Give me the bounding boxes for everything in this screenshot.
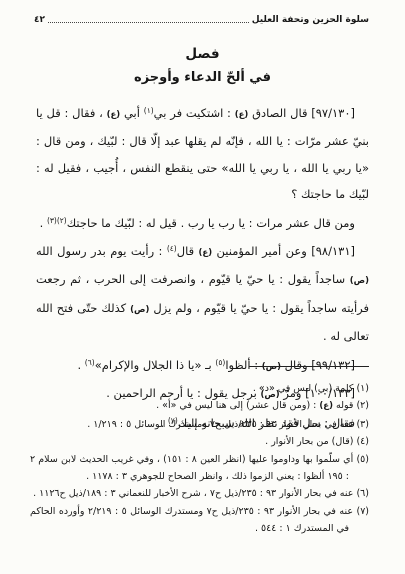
text-run: : (ومن قال عشر) إلى هنا ليس في «أ» . bbox=[156, 400, 319, 411]
footnote-separator bbox=[249, 366, 369, 367]
text-run: [٩٨/١٣١] وعن أمير المؤمنين bbox=[212, 244, 355, 258]
footnote-ref: (٤) bbox=[167, 244, 177, 253]
honorific-symbol: (ع) bbox=[235, 110, 249, 120]
footnote-marker: (٤) bbox=[353, 436, 369, 447]
footnote-marker: (٥) bbox=[353, 454, 369, 465]
footnote-ref: (٢)(٣) bbox=[47, 216, 67, 225]
running-title: سلوة الحزين وتحفة العليل bbox=[252, 14, 371, 26]
text-run: (قال) من بحار الأنوار . bbox=[265, 436, 353, 447]
text-run: ، فقال : قل يا بنيّ عشر مرّات : يا الله … bbox=[36, 106, 369, 201]
honorific-symbol: (ع) bbox=[319, 401, 333, 411]
footnote-marker: (٧) bbox=[353, 506, 369, 517]
text-run: : اشتكيت فر بي bbox=[154, 106, 235, 120]
body-paragraph: [٩٧/١٣٠] قال الصادق (ع) : اشتكيت فر بي(١… bbox=[36, 98, 369, 208]
footnote: (١) كلمة (بي) ليس في «د» . bbox=[30, 380, 369, 397]
footnote-marker: (٦) bbox=[353, 488, 369, 499]
body-paragraph: [٩٩/١٣٢] وقال (ص) : ألظوا(٥) بـ «يا ذا ا… bbox=[36, 350, 369, 380]
footnote-marker: (٢) bbox=[353, 400, 369, 411]
footnote: (٢) قوله (ع) : (ومن قال عشر) إلى هنا ليس… bbox=[30, 397, 369, 415]
text-run: [٩٧/١٣٠] قال الصادق bbox=[248, 106, 355, 120]
honorific-symbol: (ص) bbox=[130, 305, 149, 315]
footnote: (٥) أي سلّموا بها وداوموا عليها (انظر ال… bbox=[30, 451, 369, 486]
footnote: (٤) (قال) من بحار الأنوار . bbox=[30, 433, 369, 450]
section-heading-block: فصل في ألحّ الدعاء وأوجزه bbox=[0, 44, 405, 90]
running-header: سلوة الحزين وتحفة العليل ٤٢ bbox=[34, 14, 371, 26]
footnote-marker: (٣) bbox=[353, 419, 369, 430]
text-run: قال bbox=[177, 244, 199, 258]
text-run: عنه في بحار الأنوار ٩٣ : ٢٣٥/ذيل ح٧ ومست… bbox=[87, 419, 353, 430]
footnote-ref: (٥) bbox=[215, 358, 225, 367]
text-run: [٩٩/١٣٢] وقال bbox=[281, 358, 355, 372]
footnote-marker: (١) bbox=[353, 383, 369, 394]
footnote-ref: (١) bbox=[144, 106, 154, 115]
body-paragraph: ومن قال عشر مرات : يا رب يا رب . قيل له … bbox=[36, 208, 369, 236]
chapter-heading: فصل bbox=[0, 44, 405, 64]
text-run: عنه في بحار الأنوار ٩٣ : ٢٣٥/ذيل ح٧ ، شر… bbox=[33, 488, 353, 499]
footnote: (٧) عنه في بحار الأنوار ٩٣ : ٢٣٥/ذيل ح٧ … bbox=[30, 503, 369, 538]
page-number: ٤٢ bbox=[34, 14, 45, 26]
footnotes-list: (١) كلمة (بي) ليس في «د» .(٢) قوله (ع) :… bbox=[30, 380, 369, 538]
text-run: . bbox=[77, 358, 84, 372]
section-title: في ألحّ الدعاء وأوجزه bbox=[0, 66, 405, 90]
honorific-symbol: (ع) bbox=[107, 110, 121, 120]
text-run: كلمة (بي) ليس في «د» . bbox=[253, 383, 354, 394]
text-run: : رأيت يوم بدر رسول الله bbox=[36, 244, 167, 258]
text-run: بـ «يا ذا الجلال والإكرام» bbox=[95, 358, 216, 372]
honorific-symbol: (ص) bbox=[350, 276, 369, 286]
dotted-leader bbox=[48, 14, 249, 23]
text-run: قوله bbox=[333, 400, 353, 411]
honorific-symbol: (ع) bbox=[199, 248, 213, 258]
text-run: : ألظوا bbox=[225, 358, 261, 372]
text-run: . bbox=[40, 216, 47, 230]
text-run: أبي bbox=[120, 106, 144, 120]
text-run: عنه في بحار الأنوار ٩٣ : ٢٣٥/ذيل ح٧ ومست… bbox=[30, 506, 353, 534]
body-paragraph: [٩٨/١٣١] وعن أمير المؤمنين (ع) قال(٤) : … bbox=[36, 236, 369, 350]
text-run: أي سلّموا بها وداوموا عليها (انظر العين … bbox=[30, 454, 353, 482]
footnote-ref: (٦) bbox=[85, 358, 95, 367]
footnote: (٣) عنه في بحار الأنوار ٩٣ : ٢٣٥/ذيل ح٧ … bbox=[30, 416, 369, 433]
book-page: سلوة الحزين وتحفة العليل ٤٢ فصل في ألحّ … bbox=[0, 0, 405, 574]
footnote: (٦) عنه في بحار الأنوار ٩٣ : ٢٣٥/ذيل ح٧ … bbox=[30, 485, 369, 502]
text-run: ومن قال عشر مرات : يا رب يا رب . قيل له … bbox=[67, 216, 355, 230]
